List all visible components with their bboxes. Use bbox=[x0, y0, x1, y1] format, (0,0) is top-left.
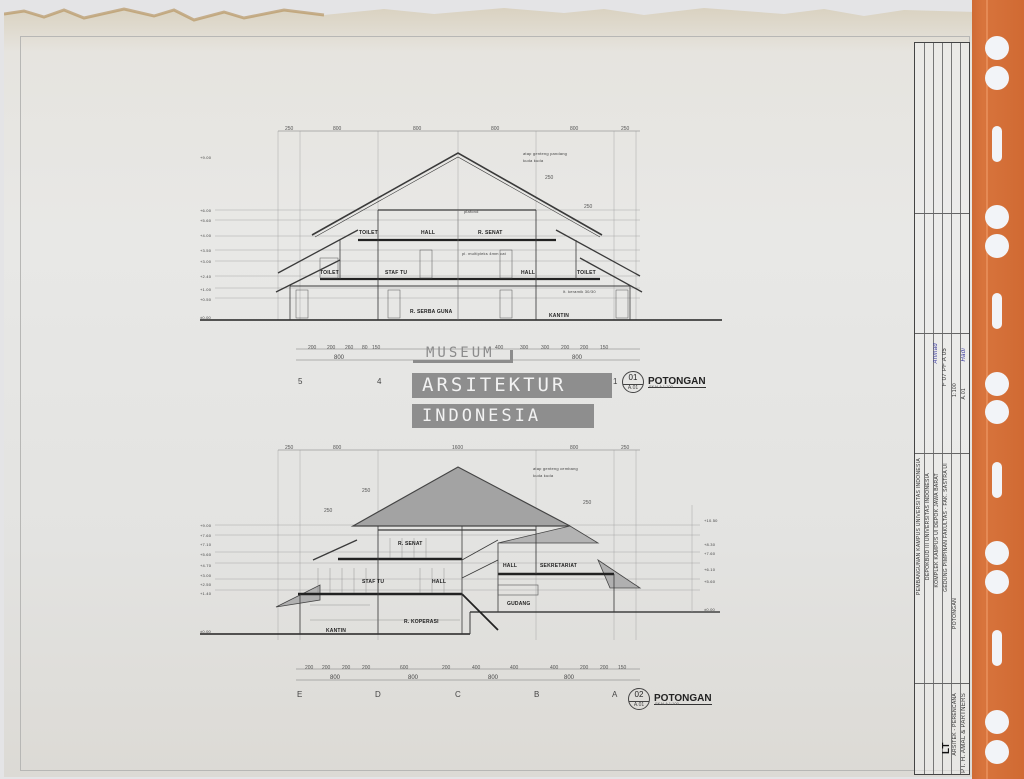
dim-label: 300 bbox=[541, 345, 549, 351]
binder-hole-icon bbox=[985, 710, 1009, 734]
dim-label: 800 bbox=[570, 445, 578, 451]
tb-drawing-number: F 07 PF A 05 bbox=[942, 348, 948, 386]
dim-label: 200 bbox=[322, 665, 330, 671]
room-label: STAF TU bbox=[362, 579, 384, 585]
room-label: R. SENAT bbox=[398, 541, 423, 547]
dim-label: 250 bbox=[285, 445, 293, 451]
level-label: +1.00 bbox=[200, 287, 211, 292]
dim-label: 800 bbox=[413, 126, 421, 132]
section-02-drawing bbox=[200, 450, 720, 680]
level-label: +2.40 bbox=[200, 274, 211, 279]
note-label: lt. keramik 30/30 bbox=[563, 289, 596, 294]
roof-note: atap genteng pandang bbox=[523, 151, 567, 156]
dim-label: 200 bbox=[600, 665, 608, 671]
dim-label: 300 bbox=[520, 345, 528, 351]
room-label: SEKRETARIAT bbox=[540, 563, 577, 569]
binder-hole-icon bbox=[985, 740, 1009, 764]
section-marker-icon: 02 A.01 bbox=[628, 688, 650, 710]
watermark-indonesia: INDONESIA bbox=[412, 404, 594, 428]
level-label: ±0.00 bbox=[200, 315, 211, 320]
dim-label: 800 bbox=[491, 126, 499, 132]
dim-label: 800 bbox=[330, 675, 340, 681]
binder-hole-icon bbox=[985, 541, 1009, 565]
binder-slot-icon bbox=[992, 462, 1002, 498]
tb-sheet-ref: A.01 bbox=[961, 388, 967, 400]
room-label: R. KOPERASI bbox=[404, 619, 439, 625]
grid-axis-label: 4 bbox=[377, 377, 381, 386]
dim-label: 250 bbox=[621, 445, 629, 451]
dim-label: 200 bbox=[327, 345, 335, 351]
dim-label: 200 bbox=[580, 345, 588, 351]
binder-slot-icon bbox=[992, 630, 1002, 666]
grid-axis-label: 1 bbox=[613, 377, 617, 386]
dim-label: 150 bbox=[372, 345, 380, 351]
dim-label: 800 bbox=[488, 675, 498, 681]
section-tag-02: 02 A.01 POTONGAN SKALA 1:100 bbox=[628, 688, 712, 710]
binder-hole-icon bbox=[985, 372, 1009, 396]
room-label: STAF TU bbox=[385, 270, 407, 276]
binder-hole-icon bbox=[985, 36, 1009, 60]
tb-drawing-title: POTONGAN bbox=[952, 598, 958, 629]
dim-label: 200 bbox=[308, 345, 316, 351]
section-scale: SKALA 1:100 bbox=[655, 701, 679, 706]
dim-label: 250 bbox=[545, 175, 553, 181]
dim-label: 150 bbox=[600, 345, 608, 351]
level-label: +6.10 bbox=[704, 567, 715, 572]
binder-slot-icon bbox=[992, 293, 1002, 329]
firm-logo-icon: LT bbox=[941, 744, 953, 754]
dim-label: 800 bbox=[334, 355, 344, 361]
level-label: +5.60 bbox=[704, 579, 715, 584]
dim-label: 150 bbox=[618, 665, 626, 671]
binder-hole-icon bbox=[985, 66, 1009, 90]
dim-label: 250 bbox=[324, 508, 332, 514]
title-block: PEMBANGUNAN KAMPUS UNIVERSITAS INDONESIA… bbox=[914, 42, 970, 775]
level-label: +3.00 bbox=[200, 259, 211, 264]
grid-axis-label: 5 bbox=[298, 377, 302, 386]
dim-label: 200 bbox=[580, 665, 588, 671]
room-label: HALL bbox=[421, 230, 435, 236]
dim-label: 400 bbox=[495, 345, 503, 351]
dim-label: 800 bbox=[572, 355, 582, 361]
dim-label: 200 bbox=[561, 345, 569, 351]
dim-label: 200 bbox=[362, 665, 370, 671]
level-label: +8.30 bbox=[704, 542, 715, 547]
dim-label: 600 bbox=[400, 665, 408, 671]
level-label: +3.00 bbox=[200, 573, 211, 578]
room-label: GUDANG bbox=[507, 601, 530, 607]
dim-label: 260 bbox=[345, 345, 353, 351]
room-label: KANTIN bbox=[549, 313, 569, 319]
grid-axis-label: D bbox=[375, 690, 381, 699]
section-tag-01: 01 A.01 POTONGAN SKALA 1:100 bbox=[622, 371, 706, 393]
note-label: plafond bbox=[464, 209, 479, 214]
dim-label: 400 bbox=[472, 665, 480, 671]
level-label: ±0.00 bbox=[200, 629, 211, 634]
level-label: +4.00 bbox=[200, 233, 211, 238]
tb-signature: Ahmad bbox=[933, 343, 939, 364]
dim-label: 800 bbox=[564, 675, 574, 681]
tb-firm: PT. H. AMAL & PARTNERS bbox=[961, 693, 967, 773]
room-label: HALL bbox=[432, 579, 446, 585]
room-label: R. SERBA GUNA bbox=[410, 309, 452, 315]
binder-hole-icon bbox=[985, 400, 1009, 424]
level-label: +5.60 bbox=[200, 552, 211, 557]
level-label: +7.10 bbox=[200, 542, 211, 547]
room-label: TOILET bbox=[577, 270, 596, 276]
tb-building: GEDUNG PIMPINAN FAKULTAS - FAK. SASTRA U… bbox=[943, 463, 949, 592]
level-label: +7.60 bbox=[704, 551, 715, 556]
watermark-museum: MUSEUM bbox=[426, 345, 495, 361]
binder-strip bbox=[972, 0, 1024, 779]
dim-label: 250 bbox=[621, 126, 629, 132]
dim-label: 250 bbox=[362, 488, 370, 494]
tb-scale: 1:100 bbox=[952, 383, 958, 397]
dim-label: 250 bbox=[583, 500, 591, 506]
room-label: TOILET bbox=[320, 270, 339, 276]
room-label: R. SENAT bbox=[478, 230, 503, 236]
level-label: +10.50 bbox=[704, 518, 718, 523]
tb-signature: Hadi bbox=[961, 348, 967, 362]
binder-hole-icon bbox=[985, 234, 1009, 258]
dim-label: 800 bbox=[333, 126, 341, 132]
dim-label: 400 bbox=[510, 665, 518, 671]
level-label: +7.60 bbox=[200, 533, 211, 538]
binder-hole-icon bbox=[985, 570, 1009, 594]
roof-note: kuda kuda bbox=[523, 158, 543, 163]
binder-hole-icon bbox=[985, 205, 1009, 229]
level-label: +3.50 bbox=[200, 248, 211, 253]
section-01-drawing bbox=[200, 131, 722, 360]
room-label: HALL bbox=[503, 563, 517, 569]
level-label: +9.00 bbox=[200, 523, 211, 528]
level-label: ±0.00 bbox=[704, 607, 715, 612]
dim-label: 800 bbox=[333, 445, 341, 451]
room-label: HALL bbox=[521, 270, 535, 276]
dim-label: 1600 bbox=[452, 445, 463, 451]
grid-axis-label: C bbox=[455, 690, 461, 699]
level-label: +1.40 bbox=[200, 591, 211, 596]
dim-label: 80 bbox=[362, 345, 368, 351]
dim-label: 800 bbox=[408, 675, 418, 681]
grid-axis-label: E bbox=[297, 690, 302, 699]
level-label: +0.50 bbox=[200, 297, 211, 302]
level-label: +9.00 bbox=[200, 155, 211, 160]
watermark-bracket bbox=[510, 350, 513, 363]
roof-note: kuda kuda bbox=[533, 473, 553, 478]
tb-project-owner: PEMBANGUNAN KAMPUS UNIVERSITAS INDONESIA bbox=[916, 458, 922, 595]
section-marker-icon: 01 A.01 bbox=[622, 371, 644, 393]
watermark-underline bbox=[413, 360, 513, 363]
dim-label: 250 bbox=[584, 204, 592, 210]
grid-axis-label: B bbox=[534, 690, 539, 699]
binder-slot-icon bbox=[992, 126, 1002, 162]
tb-location: KOMPLEK KAMPUS UI DEPOK JAWA BARAT bbox=[934, 473, 940, 587]
note-label: pl. multipleks 4mm cat bbox=[462, 251, 506, 256]
section-scale: SKALA 1:100 bbox=[649, 384, 673, 389]
level-label: +2.50 bbox=[200, 582, 211, 587]
tb-project: DEPOKBUD III UNIVERSITAS INDONESIA bbox=[925, 473, 931, 580]
dim-label: 800 bbox=[570, 126, 578, 132]
level-label: +6.00 bbox=[200, 208, 211, 213]
dim-label: 250 bbox=[285, 126, 293, 132]
level-label: +5.60 bbox=[200, 218, 211, 223]
roof-note: atap genteng cembang bbox=[533, 466, 578, 471]
level-label: +4.70 bbox=[200, 563, 211, 568]
watermark-arsitektur: ARSITEKTUR bbox=[412, 373, 612, 398]
dim-label: 200 bbox=[305, 665, 313, 671]
grid-axis-label: A bbox=[612, 690, 617, 699]
dim-label: 200 bbox=[342, 665, 350, 671]
dim-label: 400 bbox=[550, 665, 558, 671]
room-label: TOILET bbox=[359, 230, 378, 236]
room-label: KANTIN bbox=[326, 628, 346, 634]
dim-label: 200 bbox=[442, 665, 450, 671]
